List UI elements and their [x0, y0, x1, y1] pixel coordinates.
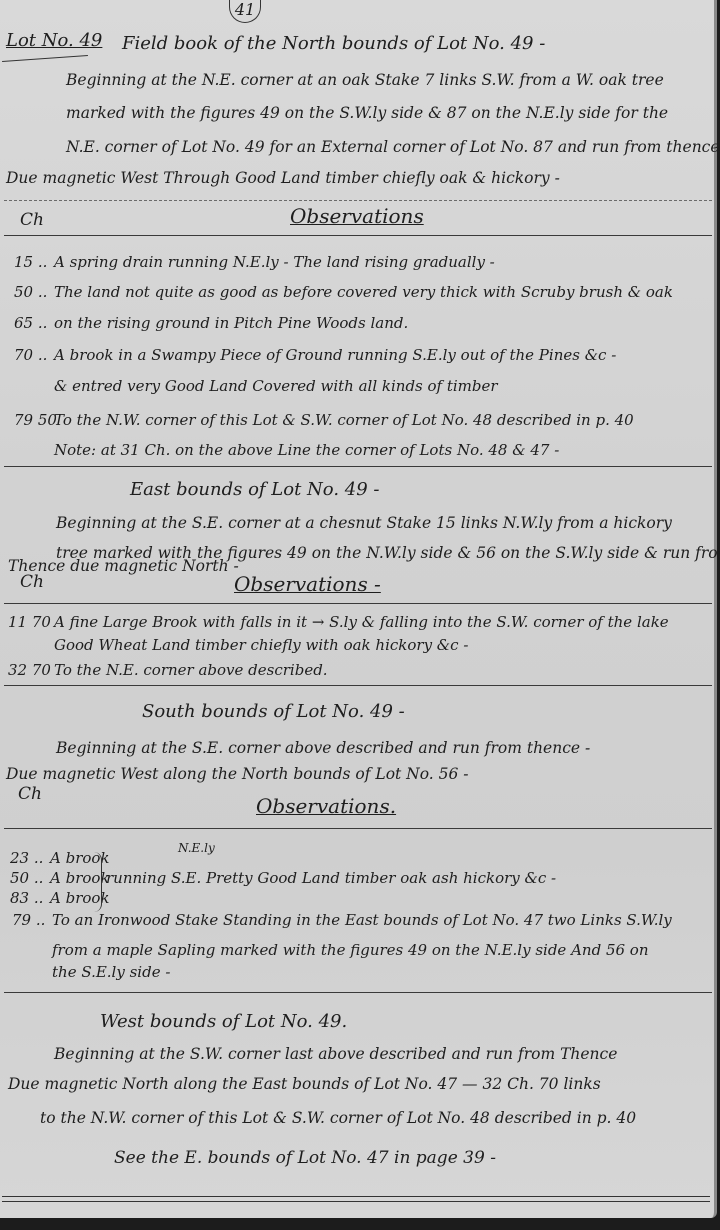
- field-book-page: 41 Lot No. 49 Field book of the North bo…: [0, 0, 717, 1218]
- north-observation-row: & entred very Good Land Covered with all…: [14, 376, 498, 396]
- divider: [4, 235, 712, 236]
- north-observation-row: 50 ..The land not quite as good as befor…: [14, 282, 673, 302]
- north-observation-row: 15 ..A spring drain running N.E.ly - The…: [14, 252, 495, 272]
- lot-mark: Lot No. 49: [6, 30, 102, 51]
- lot-mark-underline: [2, 55, 88, 62]
- east-observation-row: 32 70To the N.E. corner above described.: [8, 660, 328, 680]
- north-observations-heading: Observations: [290, 204, 424, 228]
- east-observation-row: Good Wheat Land timber chiefly with oak …: [8, 635, 468, 655]
- chain-column-header: Ch: [20, 572, 44, 592]
- west-desc-line-2: Due magnetic North along the East bounds…: [8, 1074, 601, 1094]
- west-see-reference: See the E. bounds of Lot No. 47 in page …: [114, 1148, 496, 1168]
- north-bounds-title: Field book of the North bounds of Lot No…: [122, 34, 545, 54]
- east-desc-line-1: Beginning at the S.E. corner at a chesnu…: [56, 513, 672, 533]
- south-bounds-title: South bounds of Lot No. 49 -: [142, 702, 405, 722]
- west-desc-line-3: to the N.W. corner of this Lot & S.W. co…: [40, 1108, 636, 1128]
- south-observations-heading: Observations.: [256, 794, 396, 818]
- divider: [4, 200, 712, 201]
- north-observation-row: Note: at 31 Ch. on the above Line the co…: [14, 440, 559, 460]
- divider: [4, 828, 712, 829]
- brook-note-superscript: N.E.ly: [178, 838, 215, 858]
- west-desc-line-1: Beginning at the S.W. corner last above …: [54, 1044, 617, 1064]
- north-observation-row: 70 ..A brook in a Swampy Piece of Ground…: [14, 345, 616, 365]
- north-desc-line-2: marked with the figures 49 on the S.W.ly…: [66, 103, 668, 123]
- north-desc-line-4: Due magnetic West Through Good Land timb…: [6, 168, 560, 188]
- east-bounds-title: East bounds of Lot No. 49 -: [130, 480, 379, 500]
- north-observation-row: 79 50To the N.W. corner of this Lot & S.…: [14, 410, 634, 430]
- divider: [4, 603, 712, 604]
- brace-bracket: [93, 852, 102, 912]
- east-observation-row: 11 70A fine Large Brook with falls in it…: [8, 612, 669, 632]
- south-desc-line-2: Due magnetic West along the North bounds…: [6, 764, 469, 784]
- closing-double-rule: [2, 1201, 710, 1202]
- north-desc-line-3: N.E. corner of Lot No. 49 for an Externa…: [66, 137, 720, 157]
- divider: [4, 992, 712, 993]
- south-final-row: the S.E.ly side -: [12, 962, 170, 982]
- page-number: 41: [229, 0, 261, 23]
- closing-double-rule: [2, 1196, 710, 1197]
- south-final-row: 79 ..To an Ironwood Stake Standing in th…: [12, 910, 672, 930]
- east-observations-heading: Observations -: [234, 572, 381, 596]
- divider: [4, 466, 712, 467]
- chain-column-header: Ch: [18, 784, 42, 804]
- south-final-row: from a maple Sapling marked with the fig…: [12, 940, 648, 960]
- chain-column-header: Ch: [20, 210, 44, 230]
- brook-note: running S.E. Pretty Good Land timber oak…: [106, 868, 556, 888]
- west-bounds-title: West bounds of Lot No. 49.: [100, 1012, 347, 1032]
- north-observation-row: 65 ..on the rising ground in Pitch Pine …: [14, 313, 408, 333]
- south-desc-line-1: Beginning at the S.E. corner above descr…: [56, 738, 590, 758]
- north-desc-line-1: Beginning at the N.E. corner at an oak S…: [66, 70, 664, 90]
- divider: [4, 685, 712, 686]
